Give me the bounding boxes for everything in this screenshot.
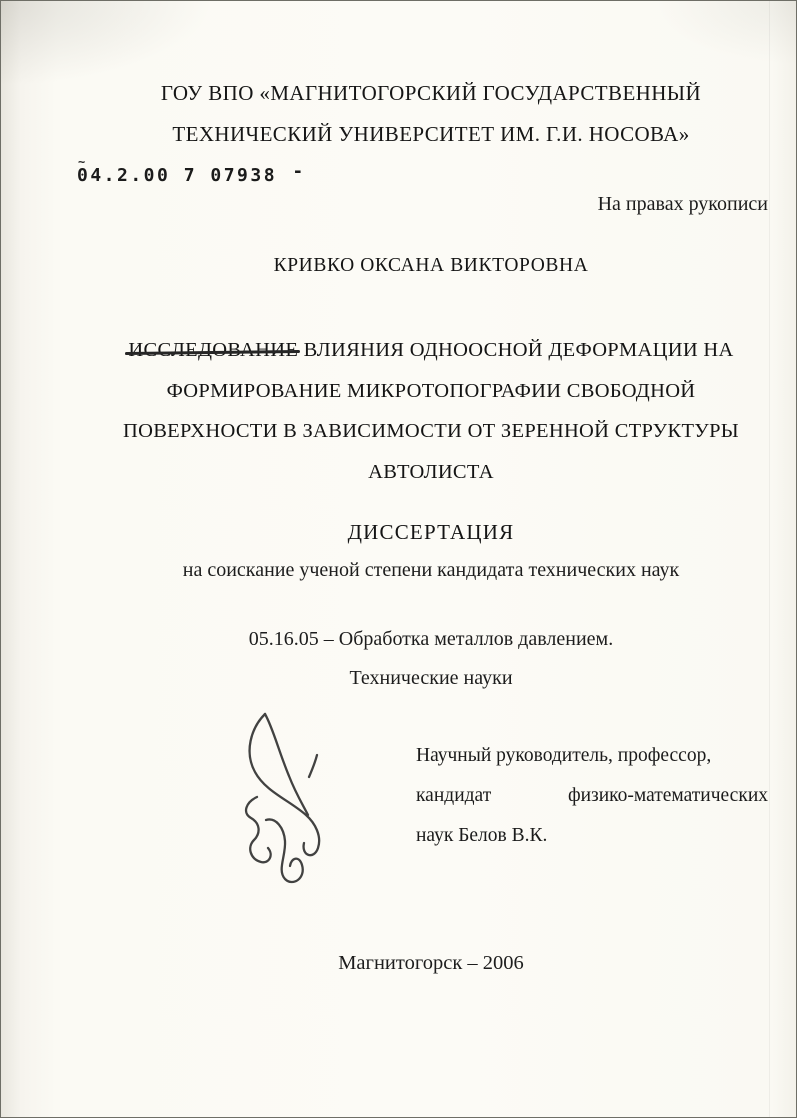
supervisor-block: Научный руководитель, профессор, кандида… <box>416 736 768 856</box>
supervisor-line-2-word-2: физико-математических <box>568 776 768 816</box>
stamp-tilde-mark: ~ <box>78 155 85 169</box>
university-header: ГОУ ВПО «МАГНИТОГОРСКИЙ ГОСУДАРСТВЕННЫЙ … <box>66 73 796 155</box>
library-accession-stamp: ~ 04.2.00 7 07938 - <box>77 165 306 186</box>
city-year-line: Магнитогорск – 2006 <box>66 952 796 975</box>
stamp-dash: - <box>292 161 305 182</box>
supervisor-line-2: кандидат физико-математических <box>416 776 768 816</box>
title-line-4: АВТОЛИСТА <box>66 452 796 493</box>
dissertation-title: ИССЛЕДОВАНИЕ ВЛИЯНИЯ ОДНООСНОЙ ДЕФОРМАЦИ… <box>66 330 796 492</box>
work-type-label: ДИССЕРТАЦИЯ <box>66 520 796 545</box>
science-field-line: Технические науки <box>66 667 796 690</box>
manuscript-rights-note: На правах рукописи <box>598 193 768 216</box>
title-line-3: ПОВЕРХНОСТИ В ЗАВИСИМОСТИ ОТ ЗЕРЕННОЙ СТ… <box>66 411 796 452</box>
title-line-2: ФОРМИРОВАНИЕ МИКРОТОПОГРАФИИ СВОБОДНОЙ <box>66 371 796 412</box>
degree-line: на соискание ученой степени кандидата те… <box>66 559 796 582</box>
university-name-line1: ГОУ ВПО «МАГНИТОГОРСКИЙ ГОСУДАРСТВЕННЫЙ <box>66 73 796 114</box>
title-line-1: ИССЛЕДОВАНИЕ ВЛИЯНИЯ ОДНООСНОЙ ДЕФОРМАЦИ… <box>66 330 796 371</box>
specialty-code-line: 05.16.05 – Обработка металлов давлением. <box>66 628 796 651</box>
university-name-line2: ТЕХНИЧЕСКИЙ УНИВЕРСИТЕТ ИМ. Г.И. НОСОВА» <box>66 114 796 155</box>
handwritten-signature <box>211 698 386 893</box>
title-line-1-rest: ВЛИЯНИЯ ОДНООСНОЙ ДЕФОРМАЦИИ НА <box>298 339 733 361</box>
scanned-dissertation-title-page: ГОУ ВПО «МАГНИТОГОРСКИЙ ГОСУДАРСТВЕННЫЙ … <box>0 0 797 1118</box>
supervisor-line-2-word-1: кандидат <box>416 776 491 816</box>
stamp-number-wrap: ~ 04.2.00 7 07938 <box>77 165 277 186</box>
supervisor-line-1: Научный руководитель, профессор, <box>416 736 768 776</box>
supervisor-line-3: наук Белов В.К. <box>416 816 768 856</box>
author-name: КРИВКО ОКСАНА ВИКТОРОВНА <box>66 255 796 277</box>
struck-word: ИССЛЕДОВАНИЕ <box>128 330 298 371</box>
stamp-number: 04.2.00 7 07938 <box>77 165 277 186</box>
